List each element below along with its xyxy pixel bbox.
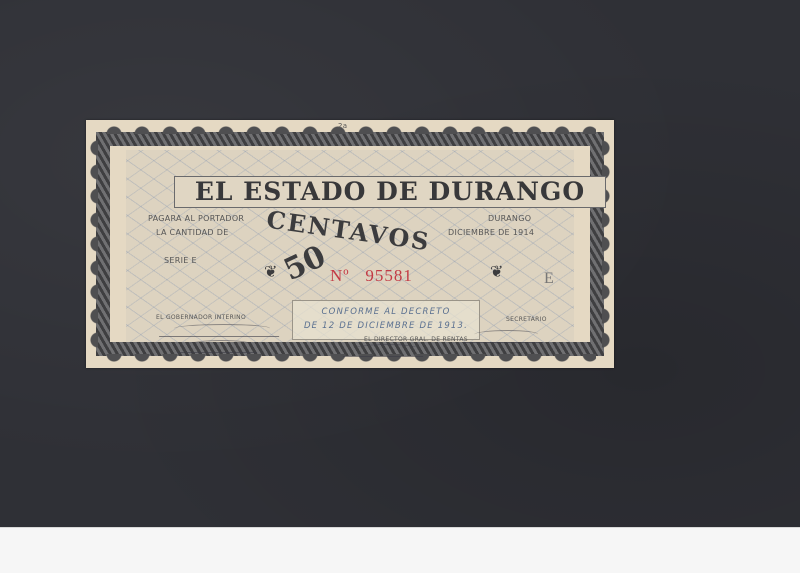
series-letter: E: [544, 270, 554, 288]
signature-director: [343, 340, 429, 357]
guilloche-center-panel: EL ESTADO DE DURANGO PAGARA AL PORTADOR …: [126, 150, 574, 342]
denomination-number: 50: [279, 239, 332, 288]
decree-line-2: DE 12 DE DICIEMBRE DE 1913.: [293, 319, 479, 333]
border-scallops-right: [602, 138, 612, 350]
signature-title-secretary: SECRETARIO: [506, 316, 547, 323]
signature-governor-flourish: [177, 336, 263, 353]
border-scallops-top: [104, 124, 596, 134]
date-label: DICIEMBRE DE 1914: [448, 228, 534, 237]
banknote-title: EL ESTADO DE DURANGO: [174, 176, 606, 208]
decree-box: CONFORME AL DECRETO DE 12 DE DICIEMBRE D…: [292, 300, 480, 340]
leaf-ornament-right-icon: ❦: [490, 262, 503, 281]
serial-prefix: Nº: [330, 266, 350, 285]
leaf-ornament-left-icon: ❦: [264, 262, 277, 281]
promise-line-2: LA CANTIDAD DE: [156, 228, 229, 237]
denomination-word: CENTAVOS: [265, 205, 433, 257]
promise-line-1: PAGARA AL PORTADOR: [148, 214, 244, 223]
top-mark: 2a: [338, 122, 347, 130]
serial-number: Nº 95581: [330, 266, 413, 286]
banknote: EL ESTADO DE DURANGO PAGARA AL PORTADOR …: [86, 120, 614, 368]
signature-secretary: [463, 326, 549, 343]
place-label: DURANGO: [488, 214, 531, 223]
signature-governor: [159, 320, 285, 337]
series-label: SERIE E: [164, 256, 197, 265]
serial-digits: 95581: [365, 266, 413, 285]
decree-line-1: CONFORME AL DECRETO: [293, 305, 479, 319]
border-scallops-left: [88, 138, 98, 350]
scanner-bottom-strip: [0, 527, 800, 573]
